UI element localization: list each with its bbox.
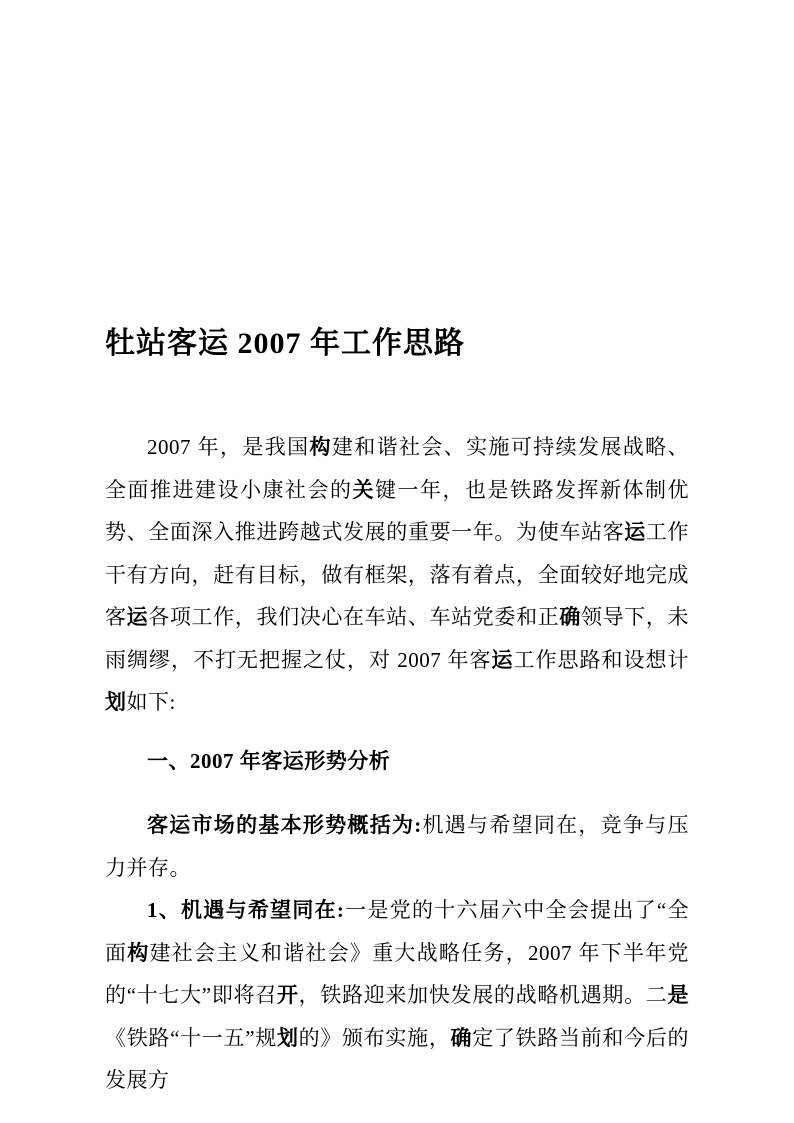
text-run: 工作思路和设想计 (514, 648, 690, 672)
bold-text-run: 1、机遇与希望同在: (147, 898, 344, 922)
bold-text-run: 构 (310, 435, 332, 459)
text-run: 《铁路“十一五”规 (105, 1026, 277, 1050)
document-title: 牡站客运 2007 年工作思路 (105, 0, 689, 362)
document-page: 牡站客运 2007 年工作思路 2007 年，是我国构建和谐社会、实施可持续发展… (0, 0, 794, 1123)
text-run: 各项工作，我们决心在车站、车站党委和正 (148, 605, 559, 629)
text-run: 2007 年，是我国 (147, 435, 310, 459)
bold-text-run: 运 (624, 520, 646, 544)
market-situation-paragraph: 客运市场的基本形势概括为:机遇与希望同在，竞争与压力并存。 (105, 804, 689, 889)
text-run: 如下: (127, 690, 176, 714)
opportunity-paragraph: 1、机遇与希望同在:一是党的十六届六中全会提出了“全面构建社会主义和谐社会》重大… (105, 889, 689, 1102)
bold-text-run: 运 (127, 605, 149, 629)
document-body: 2007 年，是我国构建和谐社会、实施可持续发展战略、全面推进建设小康社会的关键… (105, 426, 689, 1102)
bold-text-run: 确 (451, 1026, 473, 1050)
bold-text-run: 开 (277, 983, 299, 1007)
text-run: 的》颁布实施， (299, 1026, 451, 1050)
section-heading-1: 一、2007 年客运形势分析 (105, 740, 689, 783)
bold-text-run: 确 (559, 605, 581, 629)
bold-text-run: 运 (492, 648, 514, 672)
bold-text-run: 关 (353, 478, 376, 502)
bold-text-run: 划 (277, 1026, 299, 1050)
bold-text-run: 构 (127, 941, 149, 965)
bold-text-run: 客运市场的基本形势概括为: (147, 813, 422, 837)
intro-paragraph: 2007 年，是我国构建和谐社会、实施可持续发展战略、全面推进建设小康社会的关键… (105, 426, 689, 724)
document-content: 牡站客运 2007 年工作思路 2007 年，是我国构建和谐社会、实施可持续发展… (0, 0, 794, 1102)
bold-text-run: 是 (668, 983, 690, 1007)
text-run: ，铁路迎来加快发展的战略机遇期。二 (299, 983, 668, 1007)
bold-text-run: 一、2007 年客运形势分析 (147, 749, 390, 773)
bold-text-run: 划 (105, 690, 127, 714)
